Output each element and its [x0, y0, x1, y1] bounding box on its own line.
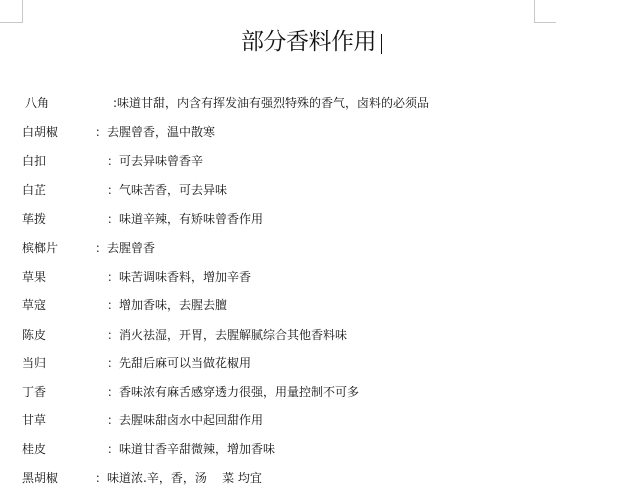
spice-description: ：先甜后麻可以当做花椒用 — [107, 353, 251, 373]
spice-name: 桂皮 — [22, 439, 46, 459]
spice-name: 黑胡椒 — [22, 468, 58, 488]
spice-description: ：可去异味曾香辛 — [107, 151, 203, 171]
spice-name: 陈皮 — [22, 325, 46, 345]
spice-name: 当归 — [22, 353, 46, 373]
spice-description: ：增加香味，去腥去膻 — [107, 295, 227, 315]
spice-description: ：去腥曾香 — [95, 238, 155, 258]
spice-description: :味道甘甜，内含有挥发油有强烈特殊的香气，卤料的必须品 — [113, 93, 429, 113]
spice-name: 白胡椒 — [22, 122, 58, 142]
page-corner-mark-top-right — [534, 0, 556, 23]
text-cursor — [381, 34, 382, 54]
spice-description: ：气味苦香，可去异味 — [107, 180, 227, 200]
spice-description: ：味道辛辣，有矫味曾香作用 — [107, 209, 263, 229]
spice-name: 白扣 — [22, 151, 46, 171]
spice-description: ：香味浓有麻舌感穿透力很强，用量控制不可多 — [107, 382, 359, 402]
spice-name: 甘草 — [22, 410, 46, 430]
spice-description: ：味道浓.辛，香，汤 菜 均宜 — [95, 468, 262, 488]
spice-name: 丁香 — [22, 382, 46, 402]
spice-name: 八角 — [25, 93, 49, 113]
spice-name: 草果 — [22, 267, 46, 287]
spice-name: 槟榔片 — [22, 238, 58, 258]
spice-description: ：去腥味甜卤水中起回甜作用 — [107, 410, 263, 430]
spice-description: ：消火祛湿，开胃，去腥解腻综合其他香料味 — [107, 325, 347, 345]
spice-description: ：味道甘香辛甜微辣，增加香味 — [107, 439, 275, 459]
spice-description: ：去腥曾香，温中散寒 — [95, 122, 215, 142]
spice-name: 草寇 — [22, 295, 46, 315]
spice-name: 荜拨 — [22, 209, 46, 229]
document-title[interactable]: 部分香料作用 — [241, 27, 376, 57]
page-corner-mark-top-left — [0, 0, 23, 23]
spice-description: ：味苦调味香料，增加辛香 — [107, 267, 251, 287]
spice-name: 白芷 — [22, 180, 46, 200]
